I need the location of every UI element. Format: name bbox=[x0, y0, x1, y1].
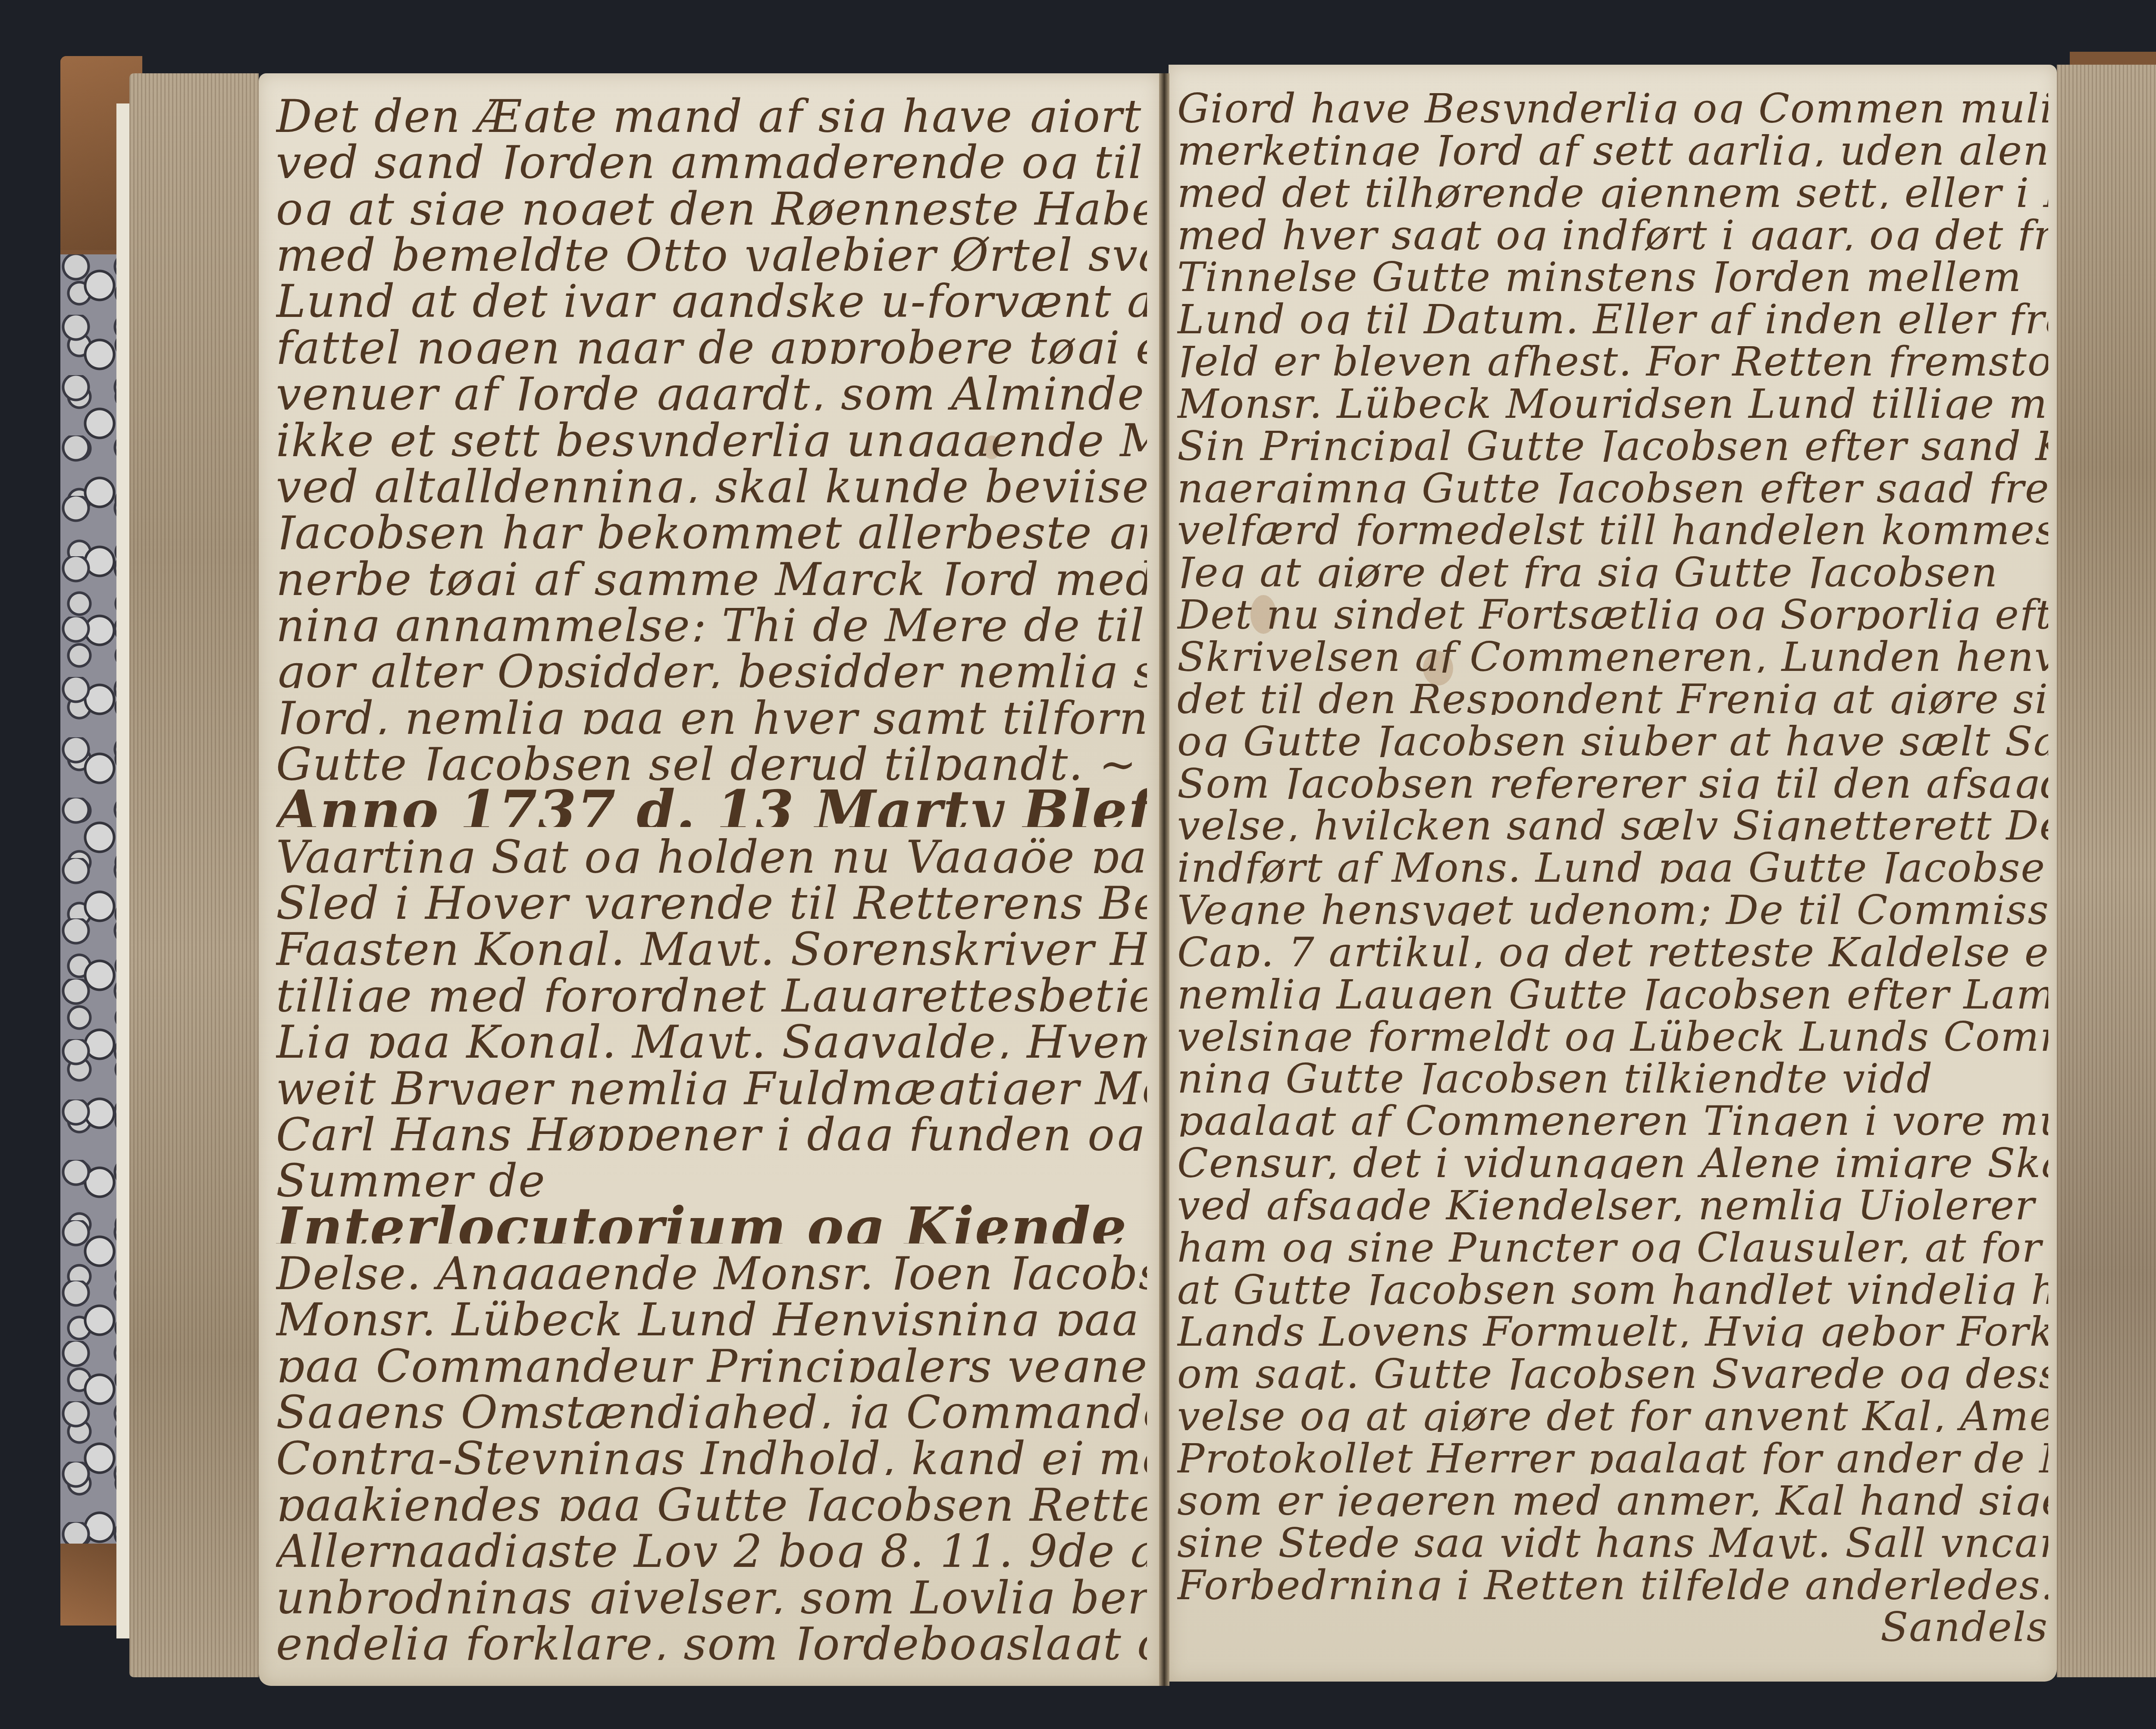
text-line: Cap. 7 artikul, og det retteste Kaldelse… bbox=[1177, 926, 2048, 968]
text-line: Sled i Hover varende til Retterens Betje… bbox=[276, 873, 1147, 919]
text-line: Jacobsen har bekommet allerbeste graaved bbox=[276, 503, 1147, 549]
text-line: Censur, det i vidunggen Alene imigre Ska… bbox=[1177, 1137, 2048, 1179]
text-line: tillige med forordnet Laugrettesbetjenin… bbox=[276, 966, 1147, 1012]
text-line: Vegne hensyget udenom; De til Commiss To… bbox=[1177, 883, 2048, 926]
text-line: Jeld er bleven afhest. For Retten fremst… bbox=[1177, 335, 2048, 377]
text-line: Faasten Kongl. Mayt. Sorenskriver Hoppen bbox=[276, 919, 1147, 965]
text-line: Giord have Besynderlig og Commen mulig D… bbox=[1177, 82, 2048, 124]
text-line: sine Stede saa vidt hans Mayt. Sall vnca… bbox=[1177, 1516, 2048, 1559]
text-line: venuer af Jorde gaardt, som Almindel. Lo… bbox=[276, 364, 1147, 410]
text-line: ning annammelse; Thi de Mere de tilhøren… bbox=[276, 595, 1147, 642]
left-page-edges bbox=[129, 73, 259, 1677]
right-page-text: Giord have Besynderlig og Commen mulig D… bbox=[1177, 82, 2048, 1643]
right-page-edges bbox=[2057, 65, 2156, 1677]
text-line: med hver sagt og indført i gaar, og det … bbox=[1177, 209, 2048, 251]
text-line: Monsr. Lübeck Lund Henvisning paa sine bbox=[276, 1290, 1147, 1336]
text-line: om sagt. Gutte Jacobsen Svarede og dessu… bbox=[1177, 1347, 2048, 1390]
flyleaf bbox=[116, 103, 131, 1638]
entry-date-heading: Anno 1737 d. 13 Marty Blef atter Ordinar… bbox=[276, 780, 1147, 827]
text-line: Lund at det ivar gandske u-forvænt at ti… bbox=[276, 271, 1147, 317]
text-line: fattel nogen naar de approbere tøgi elle… bbox=[276, 318, 1147, 364]
signature: Sandels bbox=[1177, 1601, 2048, 1643]
text-line: det til den Respondent Frenig at giøre s… bbox=[1177, 673, 2048, 715]
text-line: Jeg at giøre det fra sig Gutte Jacobsen bbox=[1177, 546, 2048, 588]
text-line: Carl Hans Høppener i dag funden og Tiff bbox=[276, 1105, 1147, 1151]
text-line: indført af Mons. Lund paa Gutte Jacobsen… bbox=[1177, 841, 2048, 883]
text-line: paakiendes paa Gutte Jacobsen Retter Kon… bbox=[276, 1475, 1147, 1521]
text-line: paalagt af Commeneren Tingen i vore muli… bbox=[1177, 1094, 2048, 1137]
text-line: Lund og til Datum. Eller af inden eller … bbox=[1177, 293, 2048, 335]
text-line: Monsr. Lübeck Mouridsen Lund tillige med bbox=[1177, 377, 2048, 420]
text-line: med det tilhørende giennem sett, eller i… bbox=[1177, 166, 2048, 209]
text-line: Det den Ægte mand af sig have giort fra … bbox=[276, 86, 1147, 132]
marbled-endpaper bbox=[60, 254, 116, 1557]
text-line: Sin Principal Gutte Jacobsen efter sand … bbox=[1177, 420, 2048, 462]
text-line: nerbe tøgi af samme Marck Jord med sandt… bbox=[276, 549, 1147, 595]
text-line: ning Gutte Jacobsen tilkiendte vidd bbox=[1177, 1052, 2048, 1094]
text-line: som er jegeren med anmer, Kal hand sige bbox=[1177, 1474, 2048, 1516]
text-line: velse og at giøre det for anvent Kal, Am… bbox=[1177, 1390, 2048, 1432]
text-line: ved altalldenning, skal kunde beviises, … bbox=[276, 457, 1147, 503]
text-line: Skrivelsen af Commeneren, Lunden henvend… bbox=[1177, 630, 2048, 673]
text-line: endelig forklare, som Jordebogslagt og a… bbox=[276, 1614, 1147, 1660]
text-line: paa Commandeur Principalers vegne, Da ad bbox=[276, 1336, 1147, 1382]
text-line: nemlig Laugen Gutte Jacobsen efter Lamme bbox=[1177, 968, 2048, 1010]
text-line: gor alter Opsidder, besidder nemlig sand bbox=[276, 642, 1147, 688]
text-line: og at sige noget den Røenneste Habe af s… bbox=[276, 179, 1147, 225]
text-line: weit Bryger nemlig Fuldmægtiger Mons bbox=[276, 1059, 1147, 1105]
text-line: at Gutte Jacobsen som handlet vindelig h… bbox=[1177, 1263, 2048, 1306]
text-line: Gutte Jacobsen sel derud tilpandt. ~ bbox=[276, 734, 1147, 780]
text-line: ved afsagde Kiendelser, nemlig Ujolerer … bbox=[1177, 1179, 2048, 1221]
text-line: Delse. Angaaende Monsr. Joen Jacobsens o… bbox=[276, 1244, 1147, 1290]
text-line: velse, hvilcken sand sælv Signetterett D… bbox=[1177, 799, 2048, 841]
text-line: Vaarting Sat og holden nu Vaagöe paa Lyg bbox=[276, 827, 1147, 873]
text-line: ikke et sett besynderlig ungaaende March… bbox=[276, 410, 1147, 457]
interlocutorium-heading: Interlocutorium og Kiende bbox=[276, 1197, 1147, 1244]
book-gutter bbox=[1159, 73, 1169, 1686]
text-line: Sagens Omstændighed, ja Commandeur Produ… bbox=[276, 1382, 1147, 1428]
text-line: Protokollet Herrer paalagt for ander de … bbox=[1177, 1432, 2048, 1474]
text-line: Som Jacobsen refererer sig til den afsag… bbox=[1177, 757, 2048, 799]
text-line: velsinge formeldt og Lübeck Lunds Commen… bbox=[1177, 1010, 2048, 1052]
text-line: Forbedrning i Retten tilfelde anderledes… bbox=[1177, 1559, 2048, 1601]
left-page-text: Det den Ægte mand af sig have giort fra … bbox=[276, 86, 1147, 1660]
text-line: med bemeldte Otto yglebier Ørtel svarede… bbox=[276, 225, 1147, 271]
text-line: velfærd formedelst till handelen kommes … bbox=[1177, 504, 2048, 546]
text-line: merketinge Jord af sett aarlig, uden ale… bbox=[1177, 124, 2048, 166]
text-line: Det nu sindet Fortsætlig og Sorporlig ef… bbox=[1177, 588, 2048, 630]
text-line: ham og sine Puncter og Clausuler, at for… bbox=[1177, 1221, 2048, 1263]
text-line: Jord, nemlig paa en hver samt tilforn fø… bbox=[276, 688, 1147, 734]
text-line: naergimng Gutte Jacobsen efter saad frem… bbox=[1177, 462, 2048, 504]
text-line: Lands Lovens Formuelt, Hvig gebor Forkla… bbox=[1177, 1305, 2048, 1347]
text-line: unbrodnings givelser, som Lovlig beretti… bbox=[276, 1568, 1147, 1614]
text-line: og Gutte Jacobsen siuber at have sælt Sa… bbox=[1177, 715, 2048, 757]
text-line: Summer de bbox=[276, 1151, 1147, 1197]
text-line: Tinnelse Gutte minstens Jorden mellem bbox=[1177, 251, 2048, 293]
text-line: ved sand Jorden ammaderende og til sætte… bbox=[276, 132, 1147, 179]
text-line: Contra-Stevnings Indhold, kand ej medgiv… bbox=[276, 1428, 1147, 1475]
text-line: Lig paa Kongl. Mayt. Sagvalde, Hvem Tiff bbox=[276, 1012, 1147, 1058]
text-line: Allernaadigste Lov 2 bog 8. 11. 9de arti… bbox=[276, 1521, 1147, 1567]
